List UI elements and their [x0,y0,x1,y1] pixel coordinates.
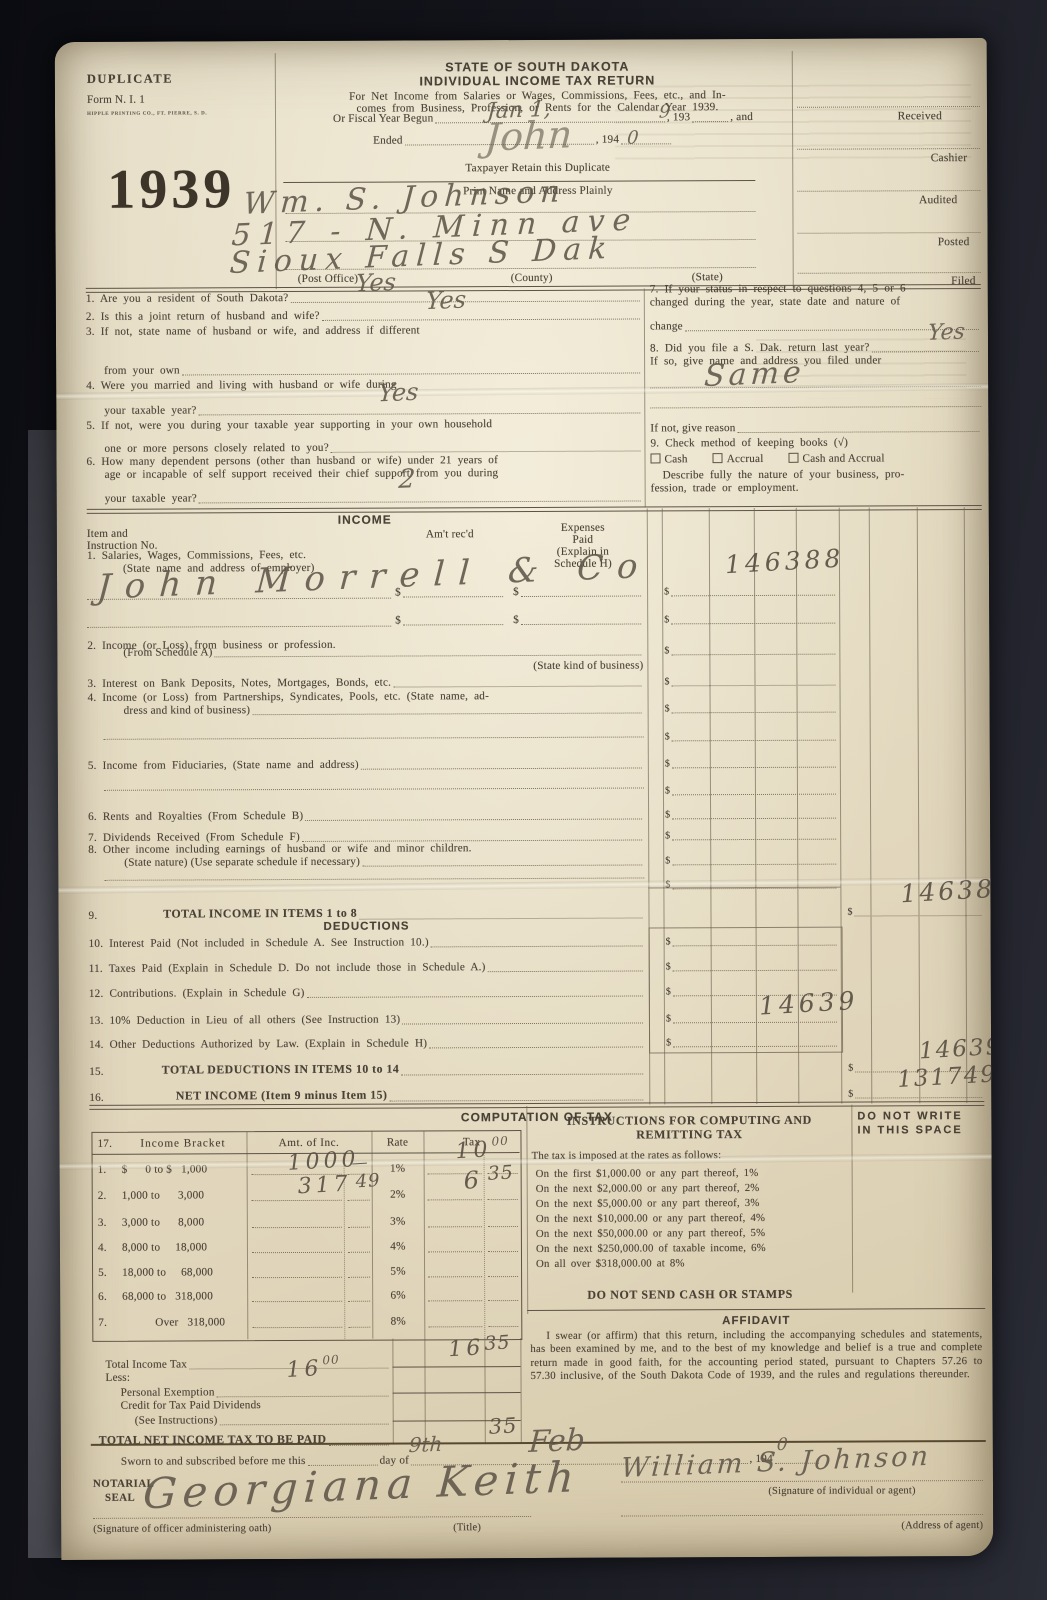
ledger-cell: $ [665,701,838,715]
bracket-tax-cents-line [488,1300,518,1301]
address-agent-label: (Address of agent) [701,1520,983,1532]
item-4-extra-line [104,736,644,739]
hw-answer-q1: Yes [355,268,397,298]
rate-line-3: On the next $5,000.00 or any part thereo… [536,1197,760,1210]
bracket-rate: 8% [372,1315,424,1327]
title-label: (Title) [453,1522,481,1533]
hw-ended-flourish: John [484,112,574,160]
rate-line-5: On the next $50,000.00 or any part there… [536,1227,765,1240]
question-9-text: 9. Check method of keeping books (√) [650,436,981,449]
question-3b-text: from your own [104,364,180,376]
question-7b-text: changed during the year, state date and … [650,295,981,308]
deduction-10-text: 10. Interest Paid (Not included in Sched… [89,936,429,949]
fill-line [305,816,642,820]
dnw-box-rule [851,1105,853,1293]
answer-line [182,370,640,375]
hw-bracket2-cents: 49 [355,1170,381,1192]
hw-bracket1-tax-cents: 00 [491,1134,509,1149]
employer-fill-line-2 [87,626,391,628]
ledger-cell: $ [665,729,838,743]
questions-column-divider [644,288,646,506]
bracket-rate: 5% [372,1265,424,1277]
amount-line [671,621,835,625]
question-3-continued: from your own [104,361,642,376]
tax-header-rate: Rate [371,1136,423,1148]
describe-business-text-2: fession, trade or employment. [651,481,982,494]
total-net-tax-label: TOTAL NET INCOME TAX TO BE PAID [99,1432,327,1448]
cash-checkbox-label: Cash [664,453,687,465]
dollar-sign: $ [664,586,669,597]
instructions-left-rule [526,1106,528,1314]
hw-deduction-13: 14639 [758,986,859,1021]
ledger-cell: $ [665,783,838,797]
hw-answer-q6: 2 [398,464,417,495]
accrual-checkbox-label: Accrual [727,453,764,465]
bookkeeping-checkboxes: Cash Accrual Cash and Accrual [650,452,981,465]
county-label: (County) [511,272,553,284]
bracket-tax-cents-line [488,1251,518,1252]
describe-business-text: Describe fully the nature of your busine… [663,468,982,481]
dollar-sign: $ [664,676,669,687]
rate-line-2: On the next $2,000.00 or any part thereo… [536,1182,760,1195]
cash-and-accrual-checkbox-label: Cash and Accrual [802,452,884,464]
filed-under-line-2 [650,406,981,408]
amount-line [521,621,641,625]
question-4-continued: your taxable year? [104,401,642,416]
printer-imprint: HIPPLE PRINTING CO., FT. PIERRE, S. D. [87,111,207,117]
question-1-text: 1. Are you a resident of South Dakota? [86,292,289,305]
bracket-row-range: 68,000 to 318,000 [122,1290,213,1302]
answer-line [199,498,641,503]
bracket-tax-cents-line [488,1326,518,1327]
question-7c-text: change [650,320,683,332]
rate-line-4: On the next $10,000.00 or any part there… [536,1212,765,1225]
officer-signature-label: (Signature of officer administering oath… [93,1523,271,1535]
hw-bracket1-cents: — [351,1152,372,1172]
amount-line [856,1095,983,1099]
question-5-text: 5. If not, were you during your taxable … [86,417,642,431]
deduction-12-text: 12. Contributions. (Explain in Schedule … [89,987,305,1000]
question-7-text: 7. If your status in respect to question… [650,282,981,295]
net-income-label: NET INCOME (Item 9 minus Item 15) [176,1088,388,1104]
amount-line [672,792,836,796]
duplicate-label: DUPLICATE [87,72,173,87]
ledger-cell: $ [665,756,838,770]
deduction-14-line: 14. Other Deductions Authorized by Law. … [89,1035,645,1050]
fill-line [401,1071,643,1075]
hw-signature-individual: William S. Johnson [620,1441,932,1484]
ledger-cell: $ [666,1035,839,1049]
fill-line [362,862,642,866]
total-income-label: TOTAL INCOME IN ITEMS 1 to 8 [163,906,357,922]
income-item-5-line: 5. Income from Fiduciaries, (State name … [88,756,644,771]
dollar-sign: $ [848,1063,853,1074]
bracket-cents-line [348,1277,370,1278]
hw-answer-q8: Yes [927,319,966,346]
cash-checkbox [650,453,660,463]
totals-row-rule [392,1366,520,1368]
bracket-cents-line [348,1227,370,1228]
answer-line [322,316,640,320]
ledger-rule [964,507,968,1103]
amount-line [672,862,836,866]
income-item-7-text: 7. Dividends Received (From Schedule F) [88,831,300,844]
bracket-rate: 6% [372,1289,424,1301]
bracket-cents-line [348,1252,370,1253]
amount-line [672,765,836,769]
dollar-sign: $ [666,986,671,997]
question-6-text: 6. How many dependent persons (other tha… [86,453,642,467]
question-8c-text: If not, give reason [650,422,735,434]
bracket-tax-cents-line [488,1276,518,1277]
amount-line [672,683,836,687]
hw-item1-amount: 146388 [724,543,845,579]
total-deductions-label: TOTAL DEDUCTIONS IN ITEMS 10 to 14 [162,1062,400,1078]
answer-line [199,410,641,415]
affidavit-title: AFFIDAVIT [527,1314,985,1328]
instructions-title-2: REMITTING TAX [529,1127,849,1143]
dollar-sign: $ [665,855,670,866]
see-instructions-label: (See Instructions) [135,1414,218,1426]
bracket-cents-line [348,1301,370,1302]
total-income-tax-label: Total Income Tax [105,1358,187,1370]
hw-answer-q4: Yes [377,378,419,408]
stamp-posted: Posted [798,236,970,249]
amount-line [521,593,641,597]
fill-line [215,652,642,657]
amount-line [672,652,836,656]
amount-line [855,913,982,917]
question-8c-line: If not, give reason [650,420,981,434]
personal-exemption-label: Personal Exemption [121,1386,215,1398]
state-field-label: (State) [692,271,723,283]
answer-line [738,429,980,433]
hw-personal-exemption: 16 [286,1356,323,1383]
do-not-write-label-2: IN THIS SPACE [857,1124,962,1136]
posted-line [798,232,981,234]
item1-expenses-cell-2: $ [513,612,643,626]
question-5-continued: one or more persons closely related to y… [104,439,642,454]
bracket-row-range: 18,000 to 68,000 [122,1266,213,1278]
state-kind-of-business-label: (State kind of business) [457,659,643,672]
less-label: Less: [105,1372,130,1384]
item-5-extra-line [104,787,644,790]
hw-fiscal-ended-year: 0 [626,127,639,149]
item1-amount-cell-2: $ [395,613,505,626]
hw-bracket2-tax-cents: 35 [487,1161,514,1184]
fill-line [402,1020,643,1024]
amount-line [672,816,836,820]
item-and-label: Item and [87,528,128,540]
amount-line [673,1020,837,1024]
tax-header-17: 17. [97,1138,112,1150]
fiscal-begun-label: Or Fiscal Year Begun [333,112,433,124]
amount-line [673,1044,837,1048]
cash-and-accrual-checkbox [788,453,798,463]
bracket-row-range: 1,000 to 3,000 [122,1189,204,1201]
fill-line [220,1422,389,1426]
hw-bracket2-amount: 317 [297,1171,352,1199]
income-item-6-text: 6. Rents and Royalties (From Schedule B) [88,810,303,823]
totals-rule [424,1338,426,1444]
total-deductions-line: 15. TOTAL DEDUCTIONS IN ITEMS 10 to 14 [89,1061,645,1077]
question-3-text: 3. If not, state name of husband or wife… [86,323,642,337]
income-item-5-text: 5. Income from Fiduciaries, (State name … [88,759,359,772]
do-not-write-label-1: DO NOT WRITE [857,1110,962,1122]
bracket-rate: 3% [372,1215,424,1227]
bracket-tax-cents-line [488,1226,518,1227]
amount-received-column-header: Am't rec'd [395,528,505,540]
personal-exemption-line: Personal Exemption [121,1385,391,1399]
ledger-cell: $ [665,807,838,821]
item-16-number: 16. [89,1092,104,1104]
dollar-sign: $ [513,614,519,626]
tax-form-paper: DUPLICATE Form N. I. 1 HIPPLE PRINTING C… [55,38,994,1560]
form-number: Form N. I. 1 [87,94,145,106]
scanned-tax-form-photo: { "header": { "duplicate": "DUPLICATE", … [0,0,1047,1600]
bracket-row-number: 5. [98,1267,107,1279]
fill-line [307,993,643,997]
rate-line-6: On the next $250,000.00 of taxable incom… [536,1242,766,1255]
question-6-continued: your taxable year? [105,489,643,504]
amount-line [403,622,503,625]
item-8-extra-line [104,877,644,880]
ledger-cell: $ [666,959,839,973]
totals-rule [392,1339,394,1445]
amount-line [672,710,836,714]
hw-filed-under-same: Same [703,355,806,394]
question-5b-text: one or more persons closely related to y… [104,442,328,455]
income-item-8b-text: (State nature) (Use separate schedule if… [124,856,360,869]
deduction-10-line: 10. Interest Paid (Not included in Sched… [89,934,645,949]
fill-line [389,1097,643,1101]
bracket-cents-line [348,1200,370,1201]
retain-duplicate-note: Taxpayer Retain this Duplicate [283,161,792,175]
dollar-sign: $ [666,1013,671,1024]
dollar-sign: $ [848,1089,853,1100]
fiscal-ended-label: Ended [373,135,403,147]
hw-personal-exemption-cents: 00 [322,1352,340,1367]
bracket-tax-cents-line [488,1199,518,1200]
item-9-number: 9. [88,910,97,922]
dollar-sign: $ [665,731,670,742]
bracket-row-number: 7. [98,1317,107,1329]
fill-line [217,1394,389,1398]
bracket-row-range: 8,000 to 18,000 [122,1241,207,1253]
dollar-sign: $ [665,703,670,714]
amount-line [672,837,836,841]
amount-line [673,943,837,947]
fill-line [252,710,641,715]
amount-line [673,968,837,972]
dollar-sign: $ [666,1037,671,1048]
hw-bracket2-tax: 6 [463,1166,484,1195]
stamp-audited: Audited [797,194,957,207]
hw-total-income: 146388 [900,873,994,908]
hw-answer-q2: Yes [425,285,467,315]
totals-row-rule [393,1392,521,1394]
fill-line [488,968,643,972]
income-item-2b-text: (From Schedule A) [123,646,212,658]
dollar-sign: $ [666,961,671,972]
income-item-3-text: 3. Interest on Bank Deposits, Notes, Mor… [87,677,391,690]
bracket-row-range: 3,000 to 8,000 [122,1216,204,1228]
question-4b-text: your taxable year? [104,404,196,416]
audited-line [797,190,980,192]
income-item-4b-line: dress and kind of business) [124,701,644,716]
bracket-rate: 4% [372,1240,424,1252]
bracket-cents-line [348,1327,370,1328]
individual-signature-label: (Signature of individual or agent) [701,1485,983,1497]
hw-fiscal-begun-year: 9 [658,101,671,123]
form-year: 1939 [83,157,259,222]
ledger-cell: $ [665,853,838,867]
fill-line [393,683,641,687]
ledger-cell: $ [665,828,838,842]
income-item-3-line: 3. Interest on Bank Deposits, Notes, Mor… [87,674,643,689]
bracket-row-number: 6. [98,1291,107,1303]
income-item-8b-line: (State nature) (Use separate schedule if… [124,853,644,868]
deduction-11-line: 11. Taxes Paid (Explain in Schedule D. D… [89,959,645,974]
question-2: 2. Is this a joint return of husband and… [86,307,642,322]
rate-line-1: On the first $1,000.00 or any part there… [536,1167,759,1180]
bracket-row-number: 3. [98,1217,107,1229]
dollar-sign: $ [395,615,401,627]
question-2-text: 2. Is this a joint return of husband and… [86,310,320,323]
expenses-header-line: Paid [523,533,643,546]
dollar-sign: $ [665,830,670,841]
question-6c-text: your taxable year? [105,492,197,504]
ledger-cell: $ [664,584,837,598]
ledger-cell: $ [666,934,839,948]
fill-line [361,765,642,769]
dollar-sign: $ [665,785,670,796]
item-15-number: 15. [89,1066,104,1078]
ledger-rule [917,507,921,1103]
no-cash-warning: DO NOT SEND CASH OR STAMPS [530,1287,850,1303]
deduction-13-text: 13. 10% Deduction in Lieu of all others … [89,1014,400,1027]
tax-header-bracket: Income Bracket [119,1137,246,1150]
dollar-sign: $ [664,645,669,656]
amount-line [672,738,836,742]
ledger-cell: $ [664,612,837,626]
deductions-section-title: DEDUCTIONS [89,919,645,933]
fill-line [429,1044,643,1048]
income-item-6-line: 6. Rents and Royalties (From Schedule B) [88,807,644,822]
hw-total-income-tax-cents: 35 [484,1331,511,1354]
net-income-line: 16. NET INCOME (Item 9 minus Item 15) [89,1087,645,1103]
rate-line-7: On all over $318,000.00 at 8% [536,1257,685,1270]
hw-bracket1-tax: 10 [455,1137,492,1164]
bracket-row-number: 2. [98,1190,107,1202]
hw-net-tax-due: 35 [488,1413,518,1439]
bleed-through-text [615,84,971,162]
dollar-sign: $ [847,907,852,918]
ledger-cell: $ [664,674,837,688]
deduction-12-line: 12. Contributions. (Explain in Schedule … [89,984,645,999]
credit-instructions-line: (See Instructions) [135,1413,391,1427]
ledger-cell: $ [664,643,837,657]
dollar-sign: $ [666,936,671,947]
dollar-sign: $ [665,809,670,820]
answer-line [331,448,641,452]
affidavit-body: I swear (or affirm) that this return, in… [530,1328,982,1383]
expenses-header-line: Expenses [523,521,643,534]
seal-label: SEAL [105,1492,135,1504]
totals-rule [520,1338,522,1444]
ledger-rule [869,507,873,1103]
amount-line [671,593,835,597]
credit-dividends-label: Credit for Tax Paid Dividends [121,1399,261,1412]
filed-line [798,272,981,274]
dollar-sign: $ [665,758,670,769]
deduction-11-text: 11. Taxes Paid (Explain in Schedule D. D… [89,961,486,975]
income-item-2b-line: (From Schedule A) [123,643,643,658]
hw-total-deductions: 14639 [918,1034,993,1065]
income-item-4b-text: dress and kind of business) [124,704,251,717]
deduction-13-line: 13. 10% Deduction in Lieu of all others … [89,1011,645,1026]
hw-total-income-tax: 16 [448,1335,485,1362]
deduction-14-text: 14. Other Deductions Authorized by Law. … [89,1037,427,1050]
net-tax-line: TOTAL NET INCOME TAX TO BE PAID [99,1433,391,1448]
accrual-checkbox [713,453,723,463]
instructions-bottom-rule [527,1308,985,1311]
bracket-row-range: Over 318,000 [155,1316,225,1328]
hw-net-income: 131749 [897,1061,994,1093]
total-income-tax-line: Total Income Tax [105,1357,390,1371]
bracket-row-number: 4. [98,1242,107,1254]
fill-line [431,943,643,947]
question-6b-text: age or incapable of self support receive… [105,466,643,480]
dollar-sign: $ [664,614,669,625]
address-agent-line [621,1514,983,1517]
hw-sworn-day: 9th [408,1432,443,1457]
